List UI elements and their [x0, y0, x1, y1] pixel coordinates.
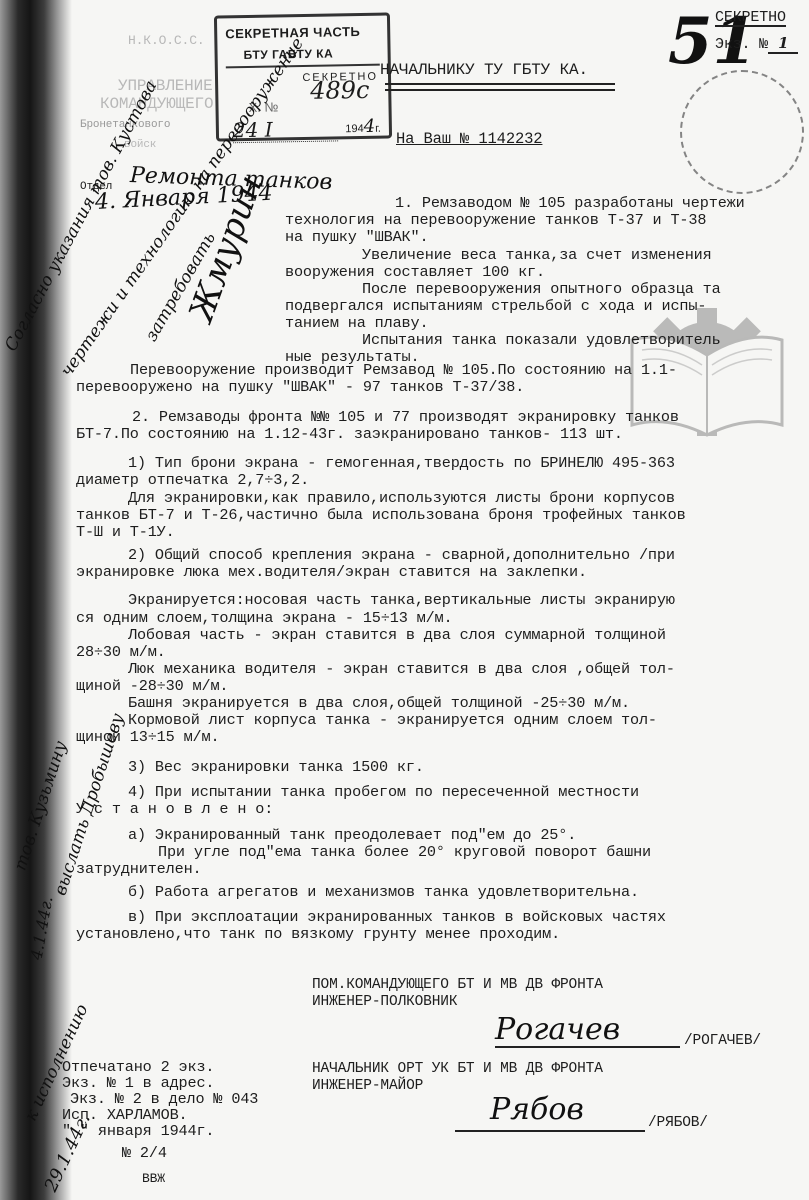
body-line: щиной -28÷30 м/м.: [76, 679, 228, 694]
footer-line: ВВЖ: [142, 1172, 165, 1185]
addressee-double-underline: [385, 83, 615, 91]
signature-line: [455, 1130, 645, 1132]
signatory-2-signature: Рябов: [490, 1092, 584, 1127]
binding-shadow: [0, 0, 72, 1200]
footer-line: Экз. № 1 в адрес.: [62, 1076, 214, 1091]
body-line: Лобовая часть - экран ставится в два сло…: [128, 628, 666, 643]
stamp-rule: [226, 64, 380, 69]
round-stamp-impression: [680, 70, 804, 194]
scanned-document-page: Н.К.О.С.С. УПРАВЛЕНИЕ КОМАНДУЮЩЕГО Броне…: [0, 0, 809, 1200]
addressee: НАЧАЛЬНИКУ ТУ ГБТУ КА.: [380, 62, 588, 78]
body-line: технология на перевооружение танков Т-37…: [285, 213, 706, 228]
signatory-1-signature: Рогачев: [495, 1012, 620, 1047]
body-line: перевооружено на пушку "ШВАК" - 97 танко…: [76, 380, 524, 395]
body-line: Т-Ш и Т-1У.: [76, 525, 175, 540]
body-line: на пушку "ШВАК".: [285, 230, 428, 245]
footer-line: № 2/4: [122, 1146, 167, 1161]
stamp-reg-number: 489с: [310, 76, 370, 105]
stamp-year-prefix: 194: [345, 123, 364, 135]
copy-label: Экз. №: [715, 36, 768, 53]
body-line: При угле под"ема танка более 20° кругово…: [158, 845, 651, 860]
body-line: Кормовой лист корпуса танка - экранирует…: [128, 713, 657, 728]
signatory-1-title: ПОМ.КОМАНДУЮЩЕГО БТ И МВ ДВ ФРОНТА: [312, 978, 603, 993]
signatory-2-rank: ИНЖЕНЕР-МАЙОР: [312, 1079, 423, 1094]
body-line: БТ-7.По состоянию на 1.12-43г. заэкранир…: [76, 427, 623, 442]
body-line: После перевооружения опытного образца та: [362, 282, 721, 297]
body-line: б) Работа агрегатов и механизмов танка у…: [128, 885, 639, 900]
body-line: вооружения составляет 100 кг.: [285, 265, 545, 280]
body-line: танием на плаву.: [285, 316, 428, 331]
body-line: 1) Тип брони экрана - гемогенная,твердос…: [128, 456, 675, 471]
body-line: 4) При испытании танка пробегом по перес…: [128, 785, 639, 800]
body-line: установлено,что танк по вязкому грунту м…: [76, 927, 560, 942]
stamp-year-suffix: 4: [364, 116, 376, 137]
signature-line: [495, 1046, 680, 1048]
body-line: ся одним слоем,толщина экрана - 15÷13 м/…: [76, 611, 453, 626]
body-line: Испытания танка показали удовлетворитель: [362, 333, 721, 348]
signatory-1-rank: ИНЖЕНЕР-ПОЛКОВНИК: [312, 995, 457, 1010]
body-line: диаметр отпечатка 2,7÷3,2.: [76, 473, 309, 488]
body-line: в) При эксплоатации экранированных танко…: [128, 910, 666, 925]
body-line: 28÷30 м/м.: [76, 645, 166, 660]
stamp-year: 1944г.: [345, 116, 381, 138]
body-line: Перевооружение производит Ремзавод № 105…: [130, 363, 677, 378]
body-line: 3) Вес экранировки танка 1500 кг.: [128, 760, 424, 775]
body-line: а) Экранированный танк преодолевает под"…: [128, 828, 576, 843]
body-line: Экранируется:носовая часть танка,вертика…: [128, 593, 675, 608]
body-line: 1. Ремзаводом № 105 разработаны чертежи: [395, 196, 745, 211]
body-line: У с т а н о в л е н о:: [76, 802, 273, 817]
classification-label: СЕКРЕТНО: [715, 10, 786, 27]
copy-number: Экз. №1: [715, 36, 798, 52]
body-line: Увеличение веса танка,за счет изменения: [362, 248, 712, 263]
body-line: Люк механика водителя - экран ставится в…: [128, 662, 675, 677]
body-line: Для экранировки,как правило,используются…: [128, 491, 675, 506]
letterhead-line: КОМАНДУЮЩЕГО: [100, 96, 213, 112]
body-line: затруднителен.: [76, 862, 202, 877]
reference-number: На Ваш № 1142232: [396, 132, 542, 148]
footer-line: Отпечатано 2 экз.: [62, 1060, 214, 1075]
body-line: подвергался испытаниям стрельбой с хода …: [285, 299, 706, 314]
body-line: 2) Общий способ крепления экрана - сварн…: [128, 548, 675, 563]
signatory-2-name: /РЯБОВ/: [648, 1116, 708, 1131]
body-line: экранировке люка мех.водителя/экран став…: [76, 565, 587, 580]
letterhead-line: УПРАВЛЕНИЕ: [118, 78, 213, 94]
footer-line: Экз. № 2 в дело № 043: [70, 1092, 258, 1107]
stamp-year-g: г.: [375, 123, 381, 135]
signatory-2-title: НАЧАЛЬНИК ОРТ УК БТ И МВ ДВ ФРОНТА: [312, 1062, 603, 1077]
copy-number-value: 1: [768, 34, 798, 54]
signatory-1-name: /РОГАЧЕВ/: [684, 1034, 761, 1049]
letterhead-line: Н.К.О.С.С.: [128, 34, 205, 47]
body-line: щиной 13÷15 м/м.: [76, 730, 219, 745]
body-line: Башня экранируется в два слоя,общей толщ…: [128, 696, 630, 711]
body-line: 2. Ремзаводы фронта №№ 105 и 77 производ…: [132, 410, 679, 425]
body-line: танков БТ-7 и Т-26,частично была использ…: [76, 508, 686, 523]
